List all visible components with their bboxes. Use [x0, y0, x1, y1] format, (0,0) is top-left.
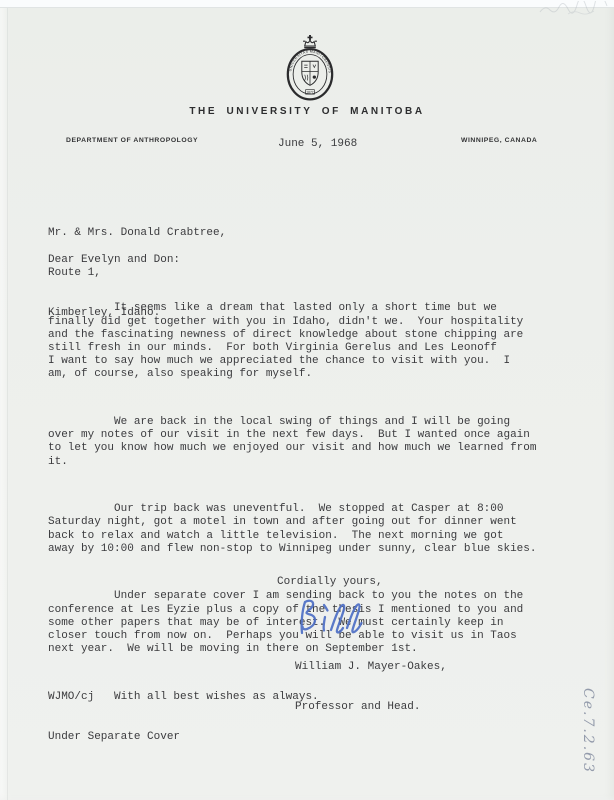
letterhead-department: DEPARTMENT OF ANTHROPOLOGY [66, 137, 198, 144]
crown-icon [303, 35, 317, 48]
handwritten-signature [293, 597, 365, 639]
signature-block: William J. Mayer-Oakes, Professor and He… [295, 635, 447, 741]
scanned-letter-page: UNIVERSITAS MANITOBENSIS 1877 THE UNIVER… [0, 0, 614, 800]
typist-initials: WJMO/cj [48, 691, 180, 704]
letter-footer: WJMO/cj Under Separate Cover [48, 665, 180, 771]
university-crest-seal: UNIVERSITAS MANITOBENSIS 1877 [283, 33, 337, 103]
archival-number-annotation: Ce.7.2.63 [580, 688, 596, 774]
sender-name: William J. Mayer-Oakes, [295, 661, 447, 674]
enclosure-note: Under Separate Cover [48, 731, 180, 744]
recipient-name: Mr. & Mrs. Donald Crabtree, [48, 227, 226, 240]
crest-shield [302, 61, 318, 85]
sender-title: Professor and Head. [295, 701, 447, 714]
letterhead-university-name: THE UNIVERSITY OF MANITOBA [0, 106, 614, 117]
faint-pencil-marks [538, 1, 612, 17]
closing-valediction: Cordially yours, [277, 576, 383, 589]
letterhead-location: WINNIPEG, CANADA [461, 137, 537, 144]
paragraph-2: We are back in the local swing of things… [48, 416, 568, 469]
paragraph-3: Our trip back was uneventful. We stopped… [48, 503, 568, 556]
crest-year: 1877 [306, 90, 313, 94]
paper-edge-shadow [7, 8, 8, 800]
paragraph-1: It seems like a dream that lasted only a… [48, 302, 568, 381]
scan-top-edge [0, 0, 614, 8]
salutation: Dear Evelyn and Don: [48, 254, 180, 267]
letter-date: June 5, 1968 [278, 138, 357, 151]
